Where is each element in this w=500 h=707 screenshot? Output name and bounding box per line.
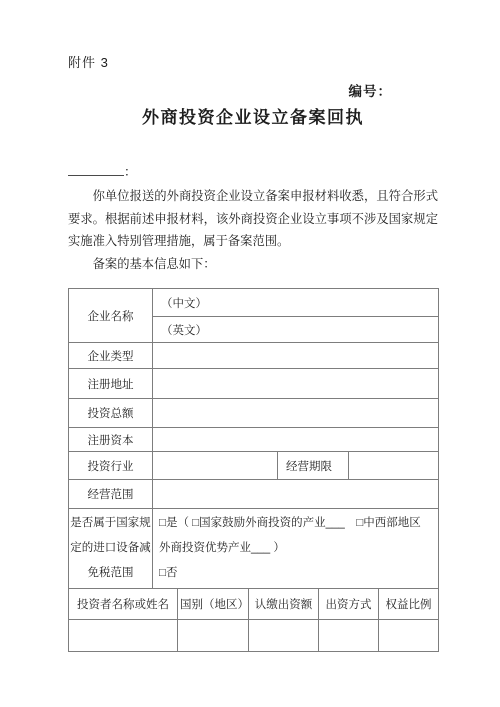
body-paragraph: 你单位报送的外商投资企业设立备案申报材料收悉，且符合形式要求。根据前述申报材料，…	[68, 185, 438, 253]
registered-capital-label: 注册资本	[69, 428, 153, 452]
total-investment-value-cell	[153, 399, 439, 428]
info-intro: 备案的基本信息如下：	[68, 253, 438, 276]
document-page: 附件 3 编号： 外商投资企业设立备案回执 ： 你单位报送的外商投资企业设立备案…	[0, 0, 500, 707]
total-investment-label: 投资总额	[69, 399, 153, 428]
tax-exemption-option-yes: □是（ □国家鼓励外商投资的产业___ □中西部地区外商投资优势产业___ ）	[159, 511, 432, 561]
row-tax-exemption: 是否属于国家规定的进口设备减免税范围 □是（ □国家鼓励外商投资的产业___ □…	[69, 509, 439, 589]
enterprise-name-label: 企业名称	[69, 289, 153, 343]
row-investor-empty	[69, 620, 439, 652]
investment-industry-label: 投资行业	[69, 452, 153, 480]
row-total-investment: 投资总额	[69, 399, 439, 428]
row-registered-address: 注册地址	[69, 369, 439, 399]
investor-equity-ratio-cell	[379, 620, 439, 652]
investor-name-header: 投资者名称或姓名	[69, 589, 178, 620]
row-investment-industry: 投资行业 经营期限	[69, 452, 439, 480]
investor-subscribed-capital-header: 认缴出资额	[249, 589, 319, 620]
investor-contribution-method-header: 出资方式	[319, 589, 379, 620]
business-scope-value-cell	[153, 480, 439, 509]
registered-address-value-cell	[153, 369, 439, 399]
document-number-label: 编号：	[68, 80, 438, 100]
investment-industry-value-cell	[153, 452, 278, 480]
attachment-label: 附件 3	[68, 52, 438, 71]
filing-info-table: 企业名称 （中文） （英文） 企业类型 注册地址 投资总额 注册资本 投资行业 …	[68, 288, 439, 652]
tax-exemption-option-no: □否	[159, 561, 432, 586]
registered-address-label: 注册地址	[69, 369, 153, 399]
row-enterprise-type: 企业类型	[69, 343, 439, 369]
enterprise-name-cn-cell: （中文）	[153, 289, 439, 317]
investor-name-cell	[69, 620, 178, 652]
row-investor-headers: 投资者名称或姓名 国别（地区） 认缴出资额 出资方式 权益比例	[69, 589, 439, 620]
investor-country-header: 国别（地区）	[178, 589, 249, 620]
investor-subscribed-capital-cell	[249, 620, 319, 652]
enterprise-type-value-cell	[153, 343, 439, 369]
enterprise-type-label: 企业类型	[69, 343, 153, 369]
business-term-label: 经营期限	[278, 452, 349, 480]
tax-exemption-label: 是否属于国家规定的进口设备减免税范围	[69, 509, 153, 589]
salutation-line: ：	[68, 162, 438, 180]
registered-capital-value-cell	[153, 428, 439, 452]
tax-exemption-options-cell: □是（ □国家鼓励外商投资的产业___ □中西部地区外商投资优势产业___ ） …	[153, 509, 439, 589]
row-business-scope: 经营范围	[69, 480, 439, 509]
investor-equity-ratio-header: 权益比例	[379, 589, 439, 620]
row-registered-capital: 注册资本	[69, 428, 439, 452]
salutation-colon: ：	[124, 165, 137, 179]
enterprise-name-en-cell: （英文）	[153, 317, 439, 343]
document-title: 外商投资企业设立备案回执	[68, 103, 438, 128]
row-enterprise-name-cn: 企业名称 （中文）	[69, 289, 439, 317]
business-scope-label: 经营范围	[69, 480, 153, 509]
investor-contribution-method-cell	[319, 620, 379, 652]
business-term-value-cell	[349, 452, 439, 480]
investor-country-cell	[178, 620, 249, 652]
addressee-blank-line	[68, 162, 124, 176]
